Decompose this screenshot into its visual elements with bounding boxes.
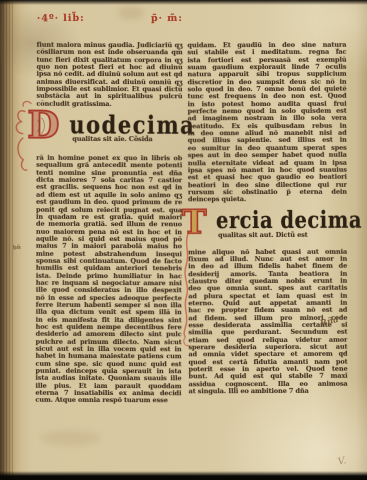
- left-body-text: rã in homine ponet ex quo in libris obse…: [35, 155, 182, 405]
- running-header-part: p̃· m̃:: [151, 13, 183, 24]
- initial-letter-t: T: [182, 205, 214, 239]
- parchment-stain: [118, 6, 144, 20]
- manuscript-line: at singula. Illi eo ambitione 7 dña: [189, 388, 348, 396]
- marginal-note-left: bñ: [13, 245, 21, 252]
- initial-letter-d: D: [27, 108, 67, 142]
- heading-display-text: ercia decima: [216, 206, 347, 234]
- manuscript-page: ·4º· lib̃: p̃· m̃: + fiunt maiora minus …: [0, 0, 367, 480]
- chapter-heading-tercia-decima: T ercia decima qualitas sit aut. Dictũ e…: [188, 206, 347, 247]
- illuminated-initial-d: D: [27, 108, 67, 150]
- left-opening-paragraph: fiunt maiora minus gaudia. Judiciariũ qʒ…: [36, 42, 182, 109]
- manuscript-line: deinceps quieta.: [188, 196, 347, 204]
- manuscript-line: rursum sic obstinatio p̃ eterna dein: [188, 189, 347, 197]
- heading-display-text: uodecima: [69, 111, 182, 139]
- quire-signature-mark: V.: [337, 455, 347, 467]
- text-column-right: quidam. Et gaudiũ in deo sine naturasui …: [187, 42, 347, 396]
- manuscript-line: cum. Atque omnia respõ tuarum esse: [35, 397, 181, 405]
- text-column-left: fiunt maiora minus gaudia. Judiciariũ qʒ…: [35, 42, 182, 405]
- parchment-stain: [40, 430, 100, 446]
- running-header-book-number: ·4º· lib̃:: [37, 13, 85, 24]
- illuminated-initial-t: T: [182, 205, 214, 245]
- right-body-text-upper: quidam. Et gaudiũ in deo sine naturasui …: [187, 42, 347, 204]
- scan-edge-top: [0, 0, 367, 5]
- chapter-heading-duodecima: D uodecima qualitas sit aĩe. Cõsid̃a: [36, 111, 182, 154]
- scan-edge-bottom: [0, 471, 367, 480]
- book-gutter-edge: [3, 0, 15, 480]
